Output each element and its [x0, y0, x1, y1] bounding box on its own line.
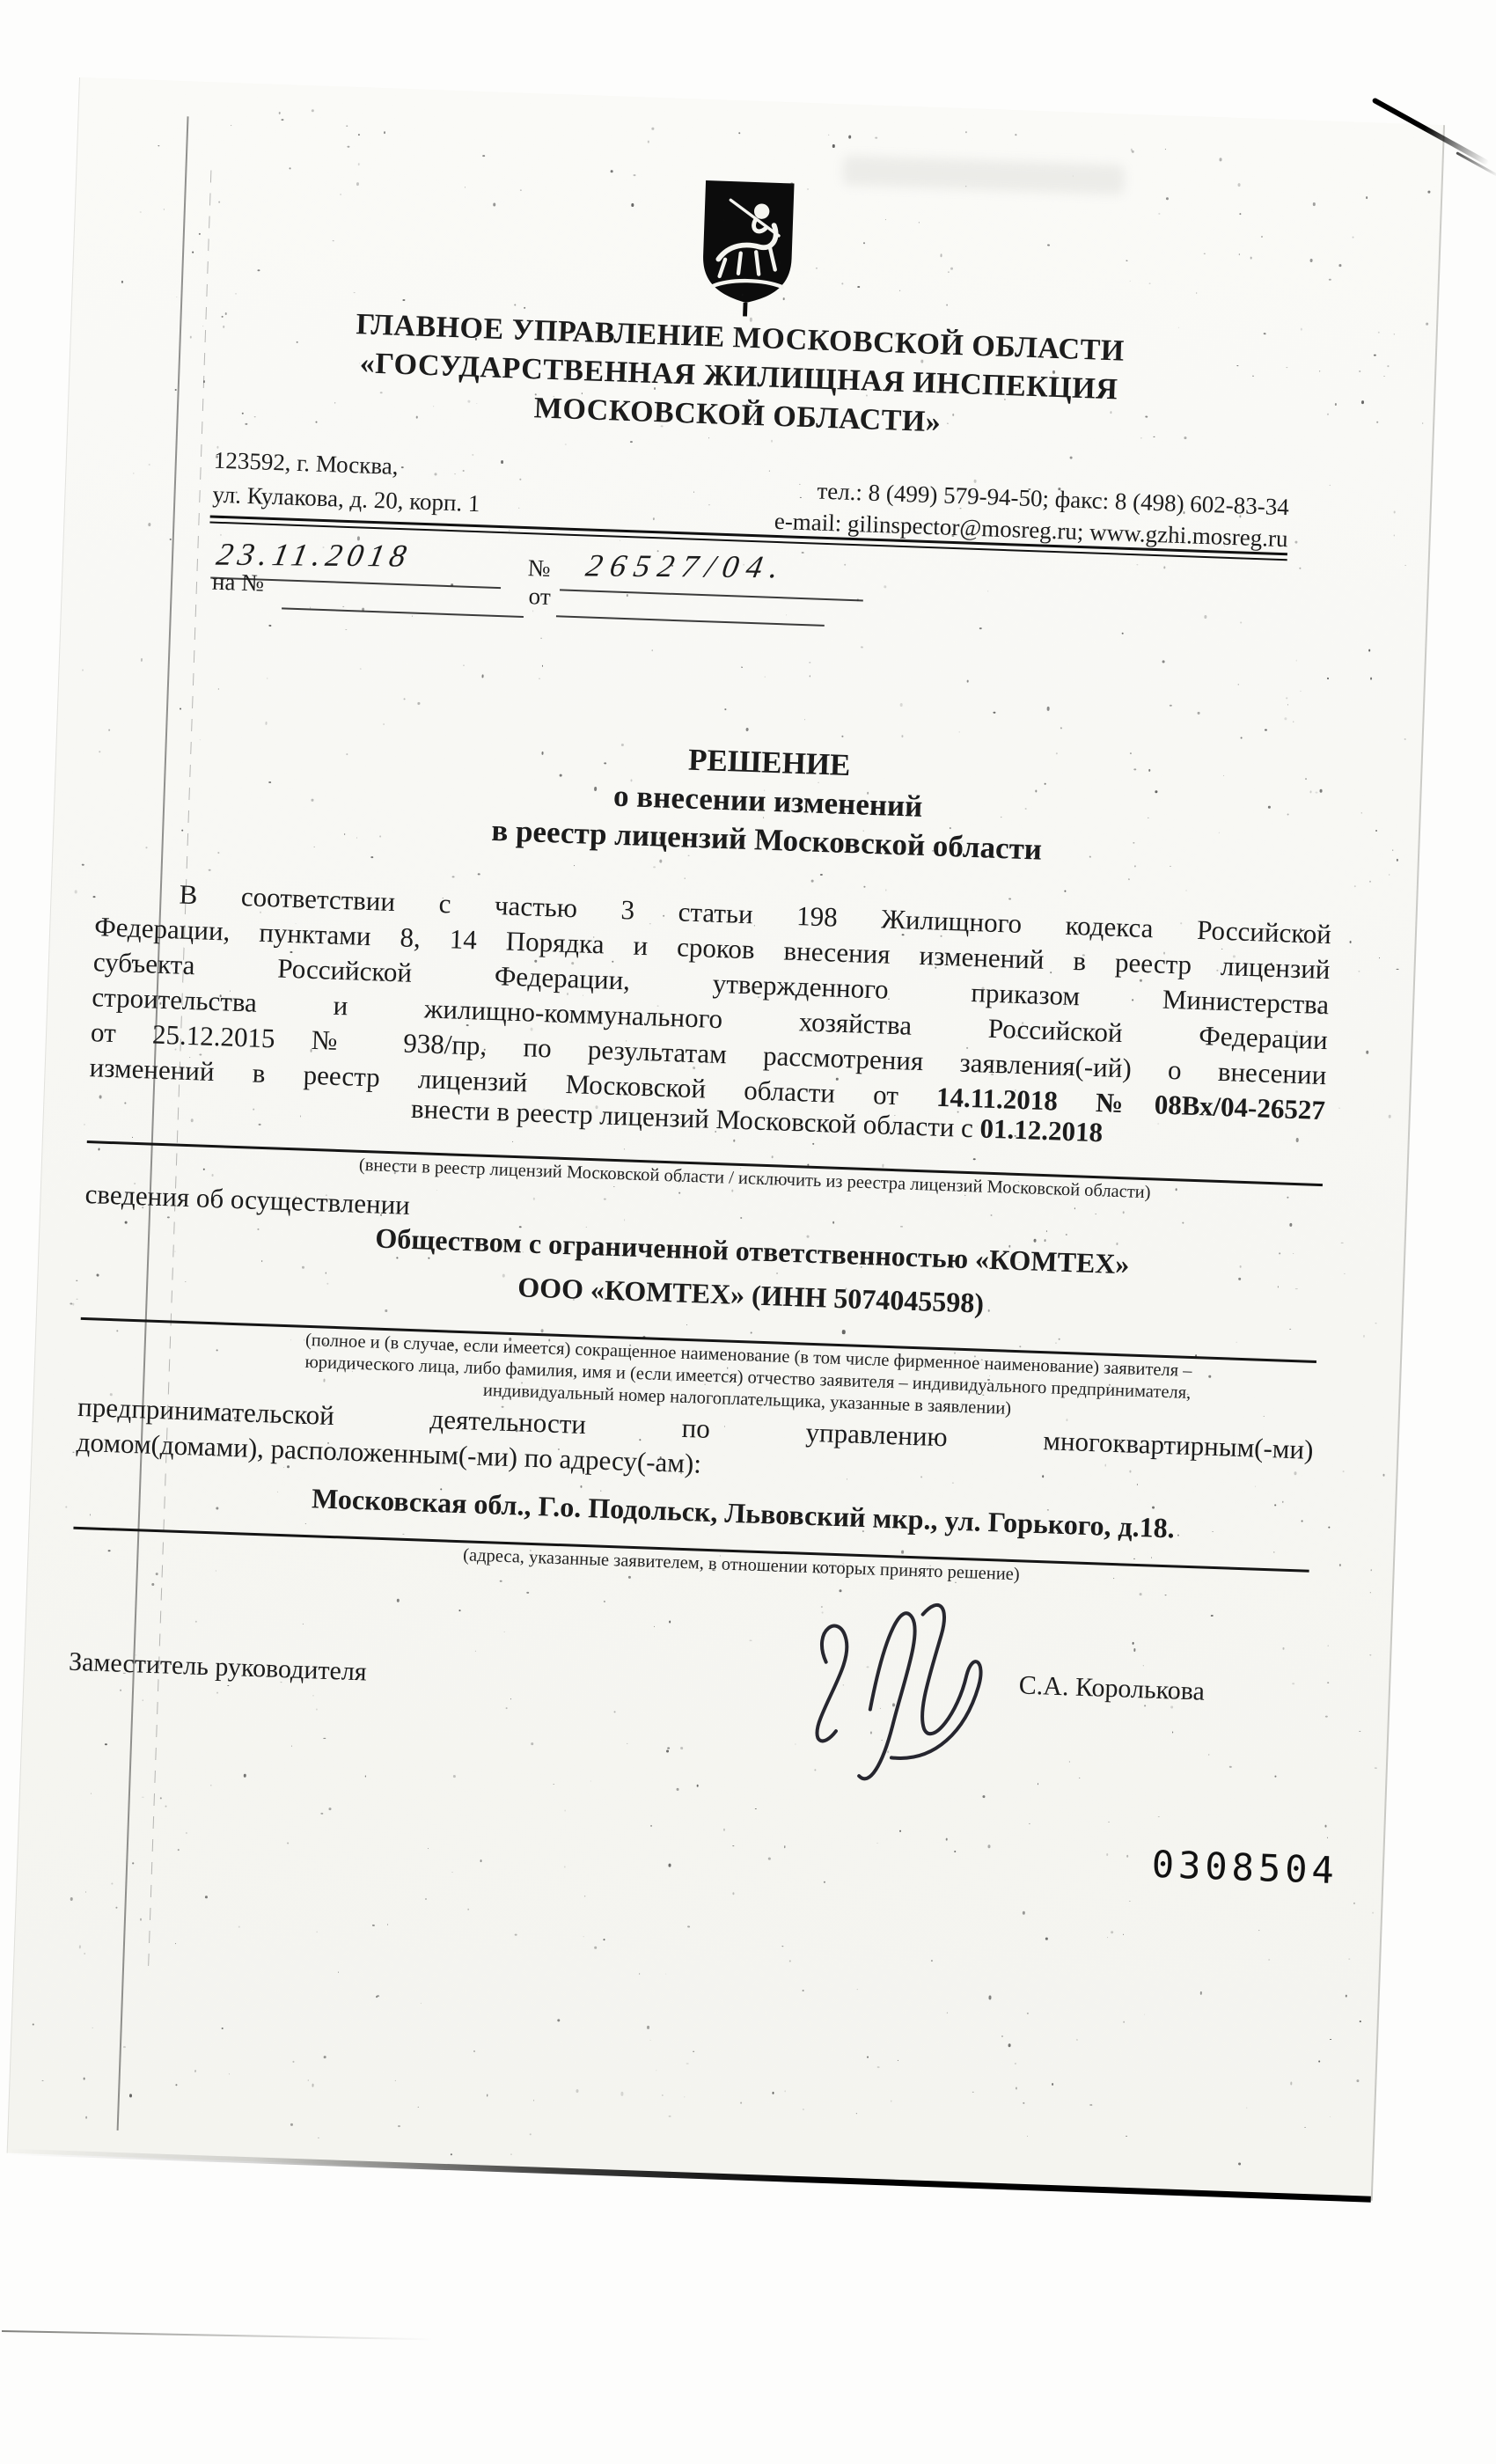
outgoing-number-handwritten: 26527/04. [586, 544, 786, 588]
moscow-oblast-coat-of-arms-icon [694, 177, 802, 326]
handwritten-signature [777, 1573, 1049, 1806]
scan-noise-texture [80, 77, 1443, 125]
signer-position: Заместитель руководителя [69, 1647, 368, 1688]
blank-form-number: 0308504 [1151, 1843, 1339, 1892]
scanned-document-page: ГЛАВНОЕ УПРАВЛЕНИЕ МОСКОВСКОЙ ОБЛАСТИ «Г… [7, 77, 1445, 2201]
reply-prefix: на № [212, 568, 265, 598]
letterhead-address: 123592, г. Москва, ул. Кулакова, д. 20, … [212, 444, 482, 522]
signer-name: С.А. Королькова [1018, 1670, 1205, 1706]
reply-date-underline [556, 615, 825, 627]
reply-from-label: от [528, 583, 551, 611]
letterhead-organization: ГЛАВНОЕ УПРАВЛЕНИЕ МОСКОВСКОЙ ОБЛАСТИ «Г… [121, 297, 1357, 457]
number-underline [560, 589, 863, 601]
scan-ghost-smudge [842, 155, 1125, 194]
reply-number-underline [282, 607, 524, 618]
document-title: РЕШЕНИЕ о внесении изменений в реестр ли… [150, 722, 1386, 881]
scan-stray-line [2, 2330, 433, 2340]
number-sign: № [527, 554, 551, 583]
effective-date: 01.12.2018 [979, 1112, 1104, 1148]
